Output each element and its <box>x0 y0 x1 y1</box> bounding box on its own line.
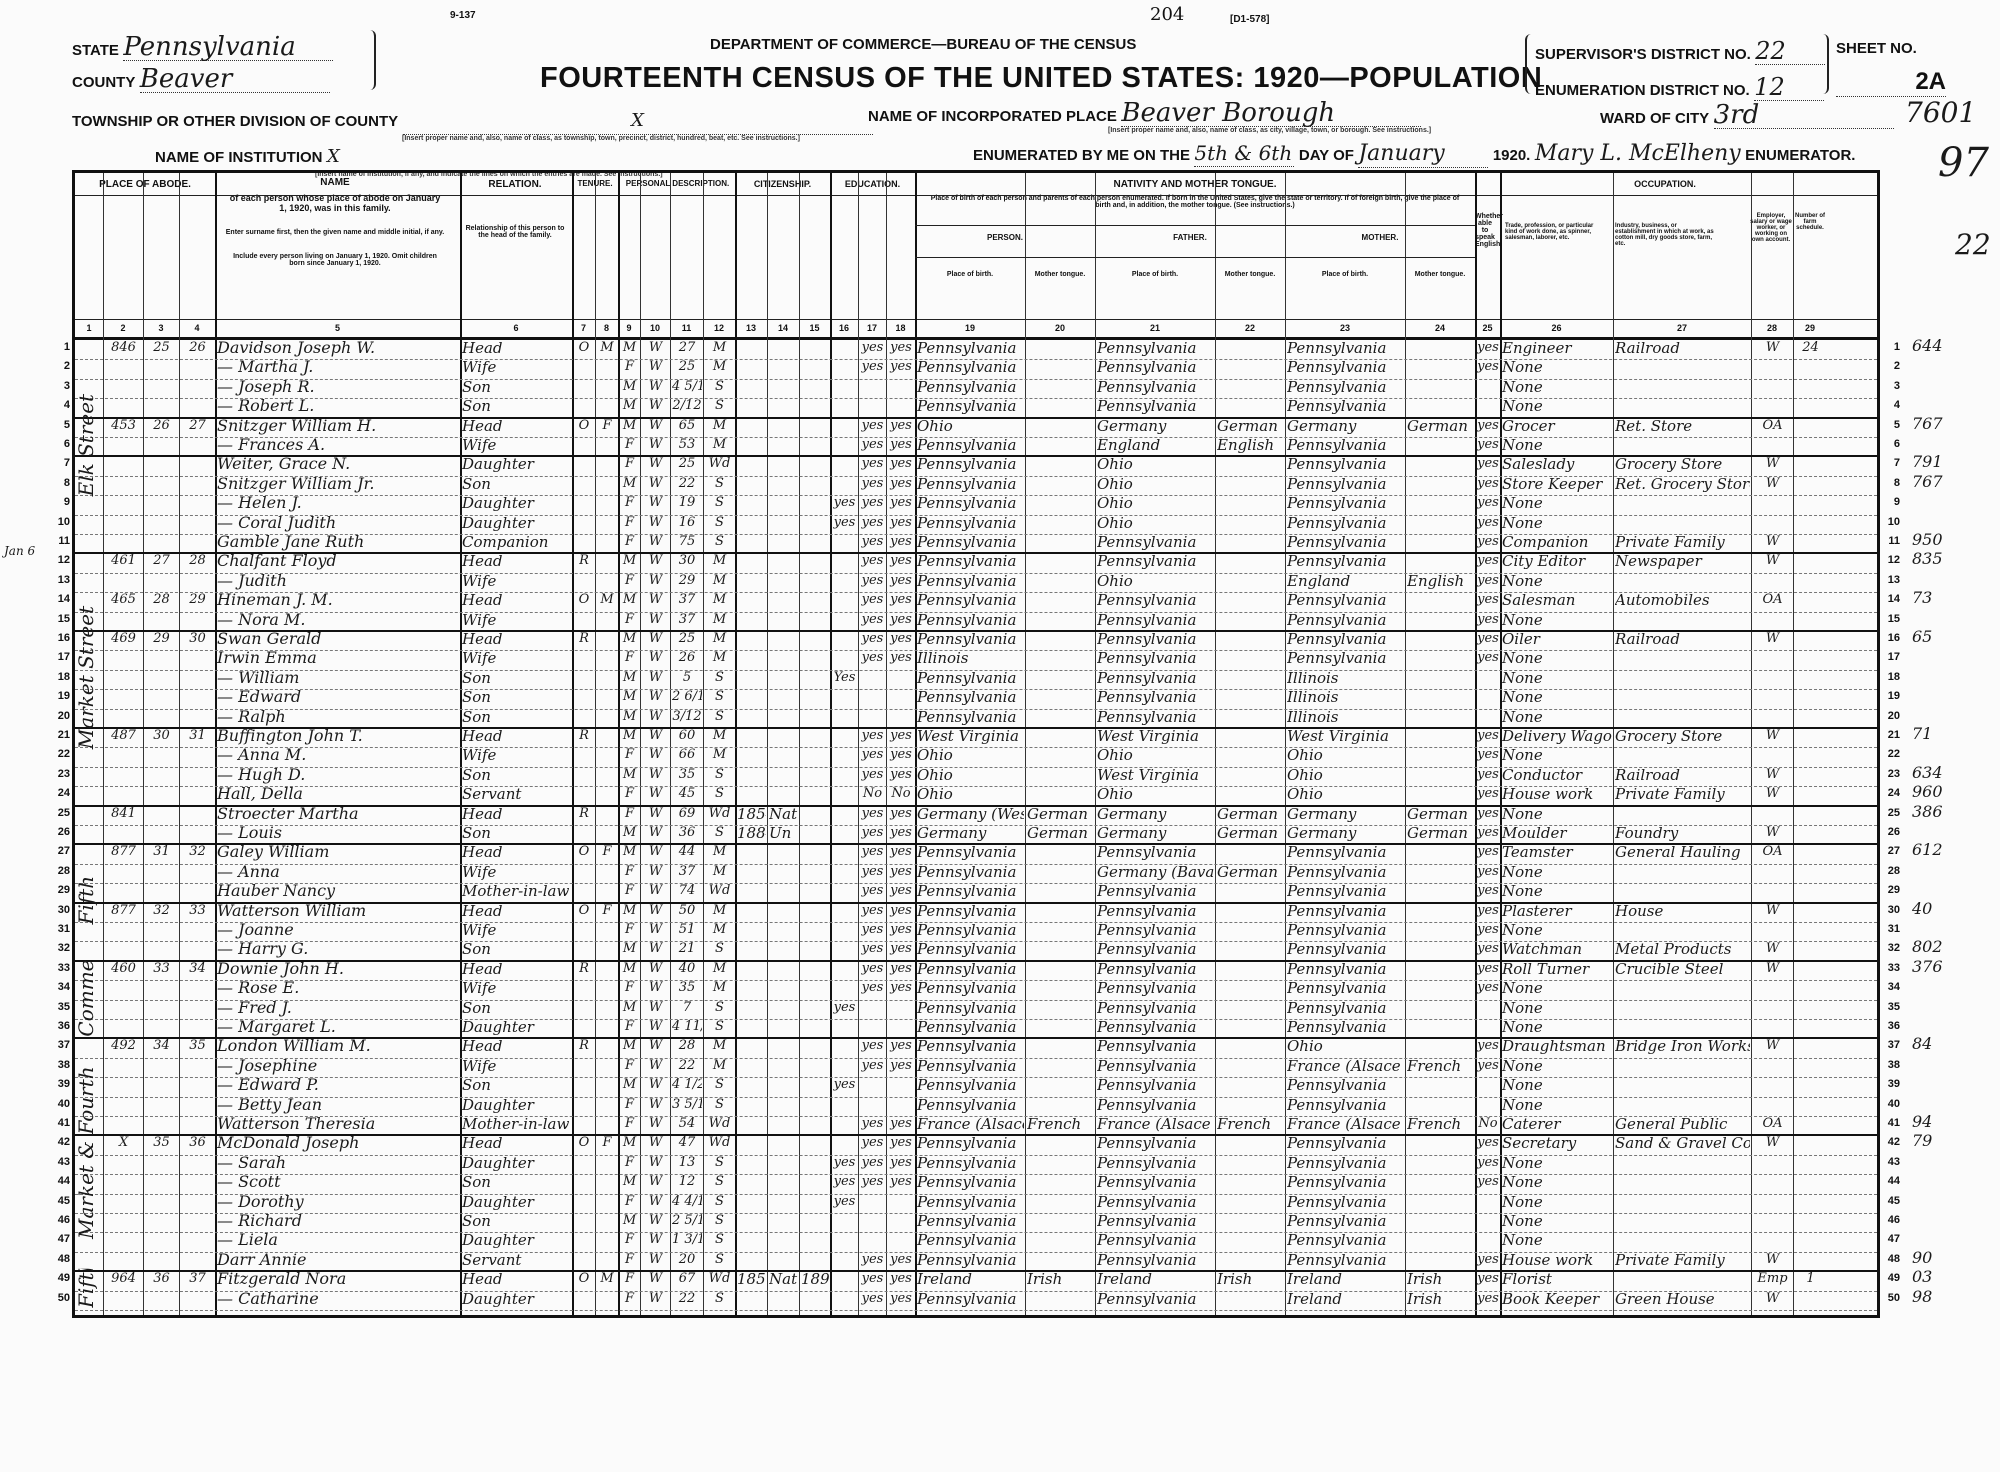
speak-english-heading: Whether able to speak English. <box>1475 213 1495 248</box>
column-number: 5 <box>215 323 460 333</box>
cell-marital: S <box>705 1288 734 1310</box>
supervisor-district-group: SUPERVISOR'S DISTRICT NO. 22 <box>1535 38 1825 65</box>
line-number-right: 32 <box>1880 942 1900 954</box>
line-number-left: 7 <box>50 457 70 469</box>
cell-yr-nat <box>801 1288 829 1310</box>
header-subrule <box>915 257 1475 258</box>
line-number-left: 6 <box>50 438 70 450</box>
column-number: 28 <box>1751 323 1793 333</box>
line-number-right: 11 <box>1880 535 1900 547</box>
line-number-left: 9 <box>50 496 70 508</box>
column-number: 11 <box>670 323 703 333</box>
line-number-right: 1 <box>1880 341 1900 353</box>
line-number-left: 24 <box>50 787 70 799</box>
line-number-right: 9 <box>1880 496 1900 508</box>
township-group: TOWNSHIP OR OTHER DIVISION OF COUNTY X [… <box>72 108 873 142</box>
line-number-right: 24 <box>1880 787 1900 799</box>
bracket-right-close <box>1823 34 1829 94</box>
township-label: TOWNSHIP OR OTHER DIVISION OF COUNTY <box>72 113 398 130</box>
line-number-right: 38 <box>1880 1059 1900 1071</box>
cell-m-mt: Irish <box>1407 1288 1474 1310</box>
line-number-right: 5 <box>1880 419 1900 431</box>
right-margin-note: 960 <box>1912 782 1943 801</box>
line-number-left: 21 <box>50 729 70 741</box>
name-description: of each person whose place of abode on J… <box>225 193 445 213</box>
column-number: 23 <box>1285 323 1405 333</box>
line-number-right: 29 <box>1880 884 1900 896</box>
citizenship-heading: CITIZENSHIP. <box>735 179 830 189</box>
line-number-right: 18 <box>1880 671 1900 683</box>
line-number-left: 18 <box>50 671 70 683</box>
line-number-left: 43 <box>50 1156 70 1168</box>
right-margin-note: 644 <box>1912 336 1943 355</box>
supervisor-district-label: SUPERVISOR'S DISTRICT NO. <box>1535 46 1751 63</box>
cell-read: yes <box>860 1288 885 1310</box>
year-label: 1920. <box>1493 147 1531 164</box>
right-margin-note: 835 <box>1912 549 1943 568</box>
line-number-left: 35 <box>50 1001 70 1013</box>
stamp-number: 204 <box>1150 4 1184 25</box>
nativity-description: Place of birth of each person and parent… <box>925 195 1465 209</box>
column-number: 26 <box>1500 323 1613 333</box>
cell-write: yes <box>888 1288 914 1310</box>
census-sheet: STATE Pennsylvania COUNTY Beaver 9-137 2… <box>0 0 2000 1472</box>
line-number-left: 14 <box>50 593 70 605</box>
line-number-left: 48 <box>50 1253 70 1265</box>
line-number-right: 48 <box>1880 1253 1900 1265</box>
department-heading: DEPARTMENT OF COMMERCE—BUREAU OF THE CEN… <box>710 36 1136 53</box>
line-number-right: 41 <box>1880 1117 1900 1129</box>
right-margin-note: 98 <box>1912 1287 1932 1306</box>
right-margin-note: 802 <box>1912 937 1943 956</box>
line-number-right: 46 <box>1880 1214 1900 1226</box>
column-number: 15 <box>799 323 830 333</box>
column-number: 1 <box>75 323 103 333</box>
cell-english: yes <box>1477 1288 1499 1310</box>
line-number-left: 32 <box>50 942 70 954</box>
cell-mt <box>1027 1288 1094 1310</box>
line-number-right: 47 <box>1880 1233 1900 1245</box>
ward-group: WARD OF CITY 3rd <box>1600 102 1894 129</box>
line-number-right: 49 <box>1880 1272 1900 1284</box>
ward-value: 3rd <box>1714 102 1894 129</box>
column-number: 20 <box>1025 323 1095 333</box>
cell-color: W <box>642 1288 669 1310</box>
line-number-right: 36 <box>1880 1020 1900 1032</box>
line-number-left: 50 <box>50 1292 70 1304</box>
column-number: 10 <box>640 323 670 333</box>
right-margin-note: 03 <box>1912 1267 1932 1286</box>
line-number-right: 22 <box>1880 748 1900 760</box>
line-number-left: 46 <box>50 1214 70 1226</box>
line-number-right: 4 <box>1880 399 1900 411</box>
line-number-left: 25 <box>50 807 70 819</box>
trade-heading: Trade, profession, or particular kind of… <box>1505 223 1605 241</box>
line-number-right: 21 <box>1880 729 1900 741</box>
right-margin-note: 767 <box>1912 472 1943 491</box>
line-number-left: 42 <box>50 1136 70 1148</box>
place-of_birth-subheading: Place of birth. <box>1285 271 1405 278</box>
line-number-right: 23 <box>1880 768 1900 780</box>
street-label: Commerce <box>74 959 100 1037</box>
line-number-right: 20 <box>1880 710 1900 722</box>
nativity-heading: NATIVITY AND MOTHER TONGUE. <box>915 179 1475 190</box>
line-number-right: 8 <box>1880 477 1900 489</box>
enumerated-group: ENUMERATED BY ME ON THE 5th & 6th DAY OF… <box>973 140 1855 168</box>
bracket-left <box>370 30 376 90</box>
county-value: Beaver <box>140 66 330 93</box>
cell-emp: W <box>1753 1288 1792 1310</box>
line-number-left: 15 <box>50 613 70 625</box>
line-number-left: 44 <box>50 1175 70 1187</box>
line-number-left: 28 <box>50 865 70 877</box>
county-label: COUNTY <box>72 74 135 91</box>
cell-yr-imm <box>737 1288 766 1310</box>
corner-mark: 97 <box>1938 140 1989 186</box>
column-number: 29 <box>1793 323 1827 333</box>
place-of-abode-heading: PLACE OF ABODE. <box>75 179 215 190</box>
line-number-right: 2 <box>1880 360 1900 372</box>
line-number-right: 17 <box>1880 651 1900 663</box>
column-number: 18 <box>886 323 915 333</box>
enumerator-name: Mary L. McElheny <box>1535 141 1741 167</box>
line-number-left: 29 <box>50 884 70 896</box>
cell-industry: Green House <box>1615 1288 1750 1310</box>
column-number: 12 <box>703 323 735 333</box>
line-number-left: 1 <box>50 341 70 353</box>
line-number-right: 28 <box>1880 865 1900 877</box>
personal-description-heading: PERSONAL DESCRIPTION. <box>620 179 735 188</box>
enumerated-month: January <box>1358 141 1488 168</box>
cell-home <box>574 1288 594 1310</box>
enumeration-district-label: ENUMERATION DISTRICT NO. <box>1535 82 1750 99</box>
line-number-left: 11 <box>50 535 70 547</box>
right-margin-note: 65 <box>1912 627 1932 646</box>
line-number-left: 13 <box>50 574 70 586</box>
line-number-left: 8 <box>50 477 70 489</box>
sheet-value: 2A <box>1836 68 1946 97</box>
line-number-left: 2 <box>50 360 70 372</box>
incorporated-place-instructions: [Insert proper name and, also, name of c… <box>1108 127 1431 134</box>
line-number-right: 27 <box>1880 845 1900 857</box>
state-label: STATE <box>72 42 119 59</box>
cell-m-pob: Ireland <box>1287 1288 1404 1310</box>
line-number-left: 31 <box>50 923 70 935</box>
supervisor-district-value: 22 <box>1755 38 1825 65</box>
line-number-left: 3 <box>50 380 70 392</box>
incorporated-place-group: NAME OF INCORPORATED PLACE Beaver Boroug… <box>868 100 1431 134</box>
right-margin-note: 73 <box>1912 588 1932 607</box>
table-row: — CatharineDaughterFW22SyesyesPennsylvan… <box>75 1292 1877 1311</box>
line-number-left: 10 <box>50 516 70 528</box>
line-number-right: 34 <box>1880 981 1900 993</box>
relation-description: Relationship of this person to the head … <box>465 225 565 239</box>
line-number-left: 49 <box>50 1272 70 1284</box>
census-title: FOURTEENTH CENSUS OF THE UNITED STATES: … <box>540 62 1542 95</box>
cell-trade: Book Keeper <box>1502 1288 1612 1310</box>
state-value: Pennsylvania <box>123 34 333 61</box>
line-number-right: 10 <box>1880 516 1900 528</box>
column-number: 14 <box>767 323 799 333</box>
column-number: 6 <box>460 323 572 333</box>
cell-f-mt <box>1217 1288 1284 1310</box>
father-heading: FATHER. <box>1095 233 1285 242</box>
form-code: [D1-578] <box>1230 14 1269 25</box>
institution-value: X <box>327 144 767 171</box>
line-number-left: 39 <box>50 1078 70 1090</box>
line-number-left: 40 <box>50 1098 70 1110</box>
column-number: 7 <box>572 323 595 333</box>
cell-nat <box>769 1288 798 1310</box>
line-number-right: 30 <box>1880 904 1900 916</box>
column-number: 19 <box>915 323 1025 333</box>
column-number: 17 <box>858 323 886 333</box>
left-margin-note: Jan 6 <box>4 544 35 558</box>
line-number-left: 41 <box>50 1117 70 1129</box>
state-field-group: STATE Pennsylvania <box>72 34 333 61</box>
right-margin-note: 71 <box>1912 724 1932 743</box>
right-margin-note: 791 <box>1912 452 1943 471</box>
cell-sex: F <box>620 1288 639 1310</box>
line-number-right: 33 <box>1880 962 1900 974</box>
line-number-left: 34 <box>50 981 70 993</box>
line-number-left: 36 <box>50 1020 70 1032</box>
township-value: X <box>403 108 873 135</box>
enumeration-district-value: 12 <box>1754 74 1824 101</box>
line-number-right: 42 <box>1880 1136 1900 1148</box>
column-number: 3 <box>143 323 179 333</box>
right-margin-top-note: 22 <box>1955 228 1991 261</box>
incorporated-place-label: NAME OF INCORPORATED PLACE <box>868 108 1117 125</box>
column-number: 22 <box>1215 323 1285 333</box>
header-rule-1 <box>75 195 1877 196</box>
right-margin-note: 94 <box>1912 1112 1932 1131</box>
line-number-left: 17 <box>50 651 70 663</box>
line-number-right: 31 <box>1880 923 1900 935</box>
street-label: Market Street <box>74 551 100 803</box>
column-number: 25 <box>1475 323 1500 333</box>
line-number-right: 6 <box>1880 438 1900 450</box>
right-margin-note: 79 <box>1912 1131 1932 1150</box>
place-of_birth-subheading: Place of birth. <box>915 271 1025 278</box>
cell-mort <box>597 1288 617 1310</box>
line-number-left: 26 <box>50 826 70 838</box>
cell-f-pob: Pennsylvania <box>1097 1288 1214 1310</box>
enumerated-label: ENUMERATED BY ME ON THE <box>973 147 1190 164</box>
street-label: Fifth Street <box>74 842 100 958</box>
sheet-label: SHEET NO. <box>1836 40 1917 57</box>
institution-label: NAME OF INSTITUTION <box>155 149 323 166</box>
line-number-left: 5 <box>50 419 70 431</box>
column-number: 24 <box>1405 323 1475 333</box>
line-number-right: 50 <box>1880 1292 1900 1304</box>
line-number-left: 38 <box>50 1059 70 1071</box>
county-field-group: COUNTY Beaver <box>72 66 330 93</box>
township-instructions: [Insert proper name and, also, name of c… <box>402 135 873 142</box>
enumeration-district-group: ENUMERATION DISTRICT NO. 12 <box>1535 74 1824 101</box>
line-number-left: 19 <box>50 690 70 702</box>
street-label: Elk Street <box>74 338 100 551</box>
place-of_birth-subheading: Place of birth. <box>1095 271 1215 278</box>
cell-dwelling <box>145 1288 178 1310</box>
mother-tongue-subheading: Mother tongue. <box>1405 271 1475 278</box>
line-number-left: 16 <box>50 632 70 644</box>
mother-heading: MOTHER. <box>1285 233 1475 242</box>
line-number-right: 7 <box>1880 457 1900 469</box>
mother-tongue-subheading: Mother tongue. <box>1025 271 1095 278</box>
column-number: 16 <box>830 323 858 333</box>
relation-heading: RELATION. <box>460 179 570 190</box>
farm-schedule-heading: Number of farm schedule. <box>1795 213 1825 231</box>
line-number-right: 14 <box>1880 593 1900 605</box>
column-number: 27 <box>1613 323 1751 333</box>
line-number-left: 47 <box>50 1233 70 1245</box>
line-number-left: 20 <box>50 710 70 722</box>
name-heading: NAME <box>215 177 455 188</box>
cell-family <box>181 1288 214 1310</box>
enumerator-label: ENUMERATOR. <box>1745 147 1855 164</box>
line-number-right: 45 <box>1880 1195 1900 1207</box>
cell-school <box>832 1288 857 1310</box>
line-number-right: 3 <box>1880 380 1900 392</box>
line-number-left: 27 <box>50 845 70 857</box>
right-margin-note: 612 <box>1912 840 1943 859</box>
line-number-right: 37 <box>1880 1039 1900 1051</box>
day-of-label: DAY OF <box>1299 147 1354 164</box>
line-number-left: 45 <box>50 1195 70 1207</box>
right-margin-note: 767 <box>1912 414 1943 433</box>
right-margin-note: 376 <box>1912 957 1943 976</box>
industry-heading: Industry, business, or establishment in … <box>1615 223 1715 247</box>
person-heading: PERSON. <box>915 233 1095 242</box>
line-number-right: 16 <box>1880 632 1900 644</box>
cell-relation: Daughter <box>462 1288 571 1310</box>
cell-age: 22 <box>672 1288 702 1310</box>
line-number-left: 4 <box>50 399 70 411</box>
line-number-right: 44 <box>1880 1175 1900 1187</box>
line-number-left: 12 <box>50 554 70 566</box>
street-label: Fifth St <box>74 1269 100 1308</box>
corner-note: 7601 <box>1905 96 1976 129</box>
column-number: 21 <box>1095 323 1215 333</box>
right-margin-note: 90 <box>1912 1248 1932 1267</box>
ward-label: WARD OF CITY <box>1600 110 1709 127</box>
line-number-right: 43 <box>1880 1156 1900 1168</box>
line-number-left: 37 <box>50 1039 70 1051</box>
column-number: 8 <box>595 323 618 333</box>
right-margin-note: 40 <box>1912 899 1932 918</box>
name-instruction-1: Enter surname first, then the given name… <box>225 229 445 236</box>
right-margin-note: 634 <box>1912 763 1943 782</box>
right-margin-note: 386 <box>1912 802 1943 821</box>
line-number-right: 12 <box>1880 554 1900 566</box>
street-label: Market & Fourth Street <box>74 1036 100 1269</box>
cell-name: — Catharine <box>217 1288 459 1310</box>
header-subrule <box>915 225 1475 226</box>
line-number-left: 23 <box>50 768 70 780</box>
education-heading: EDUCATION. <box>830 179 915 189</box>
occupation-heading: OCCUPATION. <box>1500 179 1830 189</box>
line-number-left: 30 <box>50 904 70 916</box>
line-number-right: 35 <box>1880 1001 1900 1013</box>
employer-heading: Employer, salary or wage worker, or work… <box>1750 213 1792 243</box>
line-number-right: 15 <box>1880 613 1900 625</box>
line-number-right: 40 <box>1880 1098 1900 1110</box>
cell-house <box>105 1288 142 1310</box>
cell-pob: Pennsylvania <box>917 1288 1024 1310</box>
cell-farm <box>1795 1288 1826 1310</box>
column-number: 13 <box>735 323 767 333</box>
column-number: 4 <box>179 323 215 333</box>
incorporated-place-value: Beaver Borough <box>1121 100 1421 127</box>
line-number-right: 13 <box>1880 574 1900 586</box>
header-rule-2 <box>75 319 1877 320</box>
column-number: 2 <box>103 323 143 333</box>
bracket-right-open <box>1525 34 1531 94</box>
right-margin-note: 84 <box>1912 1034 1932 1053</box>
name-instruction-2: Include every person living on January 1… <box>225 253 445 267</box>
mother-tongue-subheading: Mother tongue. <box>1215 271 1285 278</box>
line-number-left: 33 <box>50 962 70 974</box>
enumerated-day: 5th & 6th <box>1194 140 1294 167</box>
line-number-right: 39 <box>1880 1078 1900 1090</box>
right-margin-note: 950 <box>1912 530 1943 549</box>
column-number: 9 <box>618 323 640 333</box>
line-number-left: 22 <box>50 748 70 760</box>
line-number-right: 19 <box>1880 690 1900 702</box>
line-number-right: 26 <box>1880 826 1900 838</box>
line-number-right: 25 <box>1880 807 1900 819</box>
census-table: PLACE OF ABODE. NAME of each person whos… <box>72 170 1880 1318</box>
form-number: 9-137 <box>450 10 476 21</box>
